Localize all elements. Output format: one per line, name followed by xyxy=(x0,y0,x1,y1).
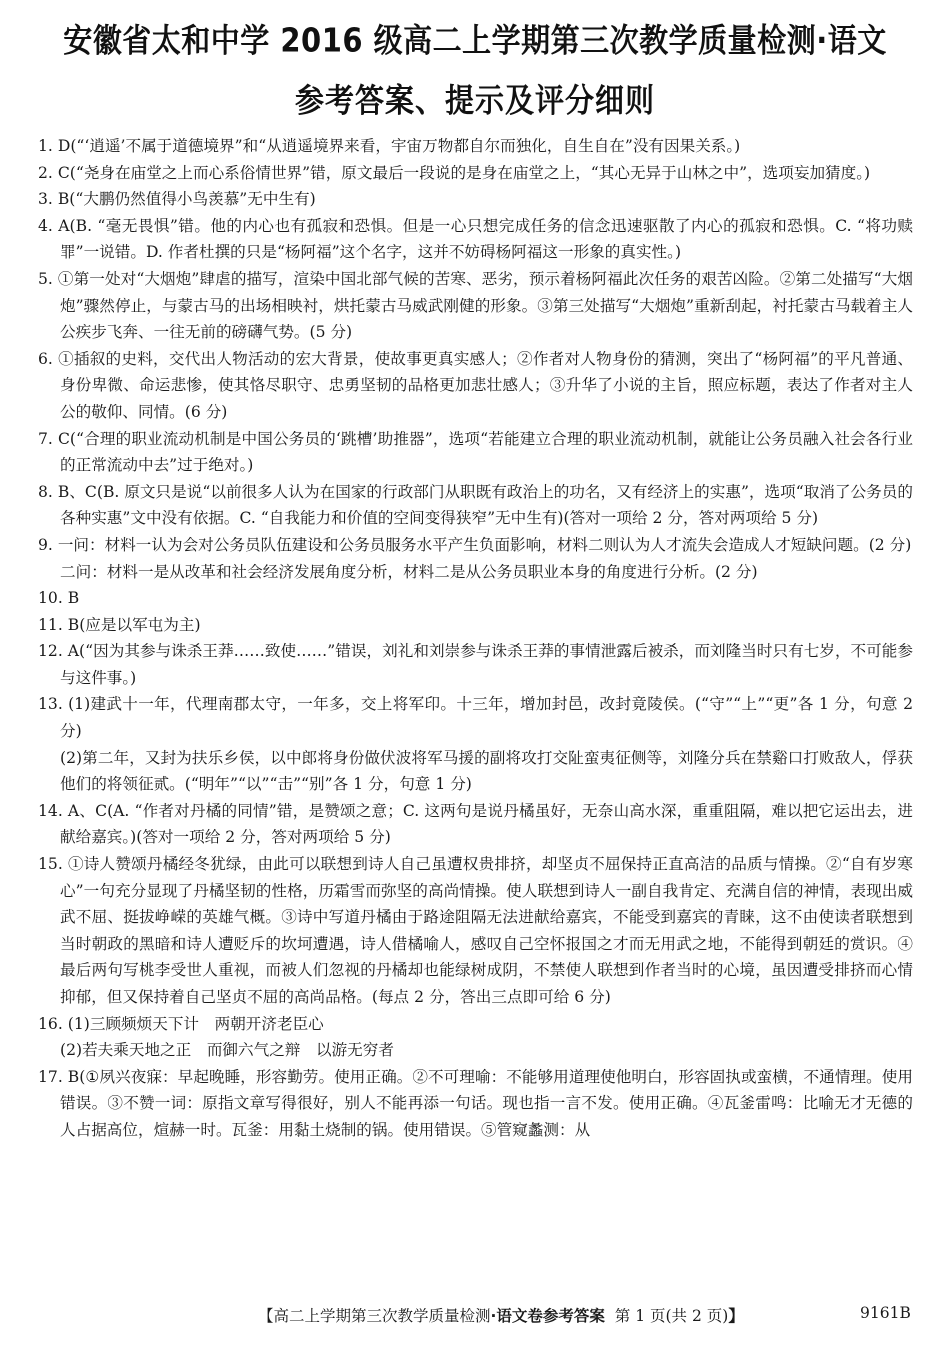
answer-item-15: 15. ①诗人赞颂丹橘经冬犹绿，由此可以联想到诗人自己虽遭权贵排挤，却坚贞不屈保… xyxy=(38,851,913,1011)
answer-item-12: 12. A(“因为其参与诛杀王莽……致使……”错误，刘礼和刘崇参与诛杀王莽的事情… xyxy=(38,638,913,691)
footer-course-info: 高二上学期第三次教学质量检测 xyxy=(274,1307,491,1325)
answer-item-13-part-2: (2)第二年，又封为扶乐乡侯，以中郎将身份做伏波将军马援的副将攻打交阯蛮夷征侧等… xyxy=(38,745,913,798)
footer-right-bracket: 】 xyxy=(728,1307,744,1325)
answer-item-3: 3. B(“大鹏仍然值得小鸟羡慕”无中生有) xyxy=(38,186,913,213)
answer-list: 1. D(“‘逍遥’不属于道德境界”和“从逍遥境界来看，宇宙万物都自尔而独化，自… xyxy=(38,133,913,1144)
answer-item-5: 5. ①第一处对“大烟炮”肆虐的描写，渲染中国北部气候的苦寒、恶劣，预示着杨阿福… xyxy=(38,266,913,346)
footer-left-bracket: 【 xyxy=(258,1307,274,1325)
document-title: 安徽省太和中学 2016 级高二上学期第三次教学质量检测·语文 xyxy=(0,16,950,62)
answer-item-17: 17. B(①夙兴夜寐：早起晚睡，形容勤劳。使用正确。②不可理喻：不能够用道理使… xyxy=(38,1064,913,1144)
answer-item-14: 14. A、C(A. “作者对丹橘的同情”错，是赞颂之意；C. 这两句是说丹橘虽… xyxy=(38,798,913,851)
answer-item-9-part-2: 二问：材料一是从改革和社会经济发展角度分析，材料二是从公务员职业本身的角度进行分… xyxy=(38,559,913,586)
answer-item-11: 11. B(应是以军屯为主) xyxy=(38,612,913,639)
answer-item-2: 2. C(“尧身在庙堂之上而心系俗情世界”错，原文最后一段说的是身在庙堂之上，“… xyxy=(38,160,913,187)
answer-item-10: 10. B xyxy=(38,585,913,612)
footer-page-info: 第 1 页(共 2 页) xyxy=(615,1307,729,1325)
answer-item-4: 4. A(B. “毫无畏惧”错。他的内心也有孤寂和恐惧。但是一心只想完成任务的信… xyxy=(38,213,913,266)
answer-item-6: 6. ①插叙的史料，交代出人物活动的宏大背景，使故事更真实感人；②作者对人物身份… xyxy=(38,346,913,426)
answer-item-8: 8. B、C(B. 原文只是说“以前很多人认为在国家的行政部门从职既有政治上的功… xyxy=(38,479,913,532)
footer-info: 【高二上学期第三次教学质量检测·语文卷参考答案 第 1 页(共 2 页)】 xyxy=(258,1304,744,1326)
answer-item-1: 1. D(“‘逍遥’不属于道德境界”和“从逍遥境界来看，宇宙万物都自尔而独化，自… xyxy=(38,133,913,160)
document-subtitle: 参考答案、提示及评分细则 xyxy=(0,76,950,122)
answer-item-7: 7. C(“合理的职业流动机制是中国公务员的‘跳槽’助推器”，选项“若能建立合理… xyxy=(38,426,913,479)
footer-paper-name: 语文卷参考答案 xyxy=(496,1307,605,1325)
answer-item-16: 16. (1)三顾频烦天下计 两朝开济老臣心 xyxy=(38,1011,913,1038)
answer-item-16-part-2: (2)若夫乘天地之正 而御六气之辩 以游无穷者 xyxy=(38,1037,913,1064)
answer-item-13: 13. (1)建武十一年，代理南郡太守，一年多，交上将军印。十三年，增加封邑，改… xyxy=(38,691,913,744)
footer-code: 9161B xyxy=(860,1304,911,1322)
answer-item-9: 9. 一问：材料一认为会对公务员队伍建设和公务员服务水平产生负面影响，材料二则认… xyxy=(38,532,913,559)
